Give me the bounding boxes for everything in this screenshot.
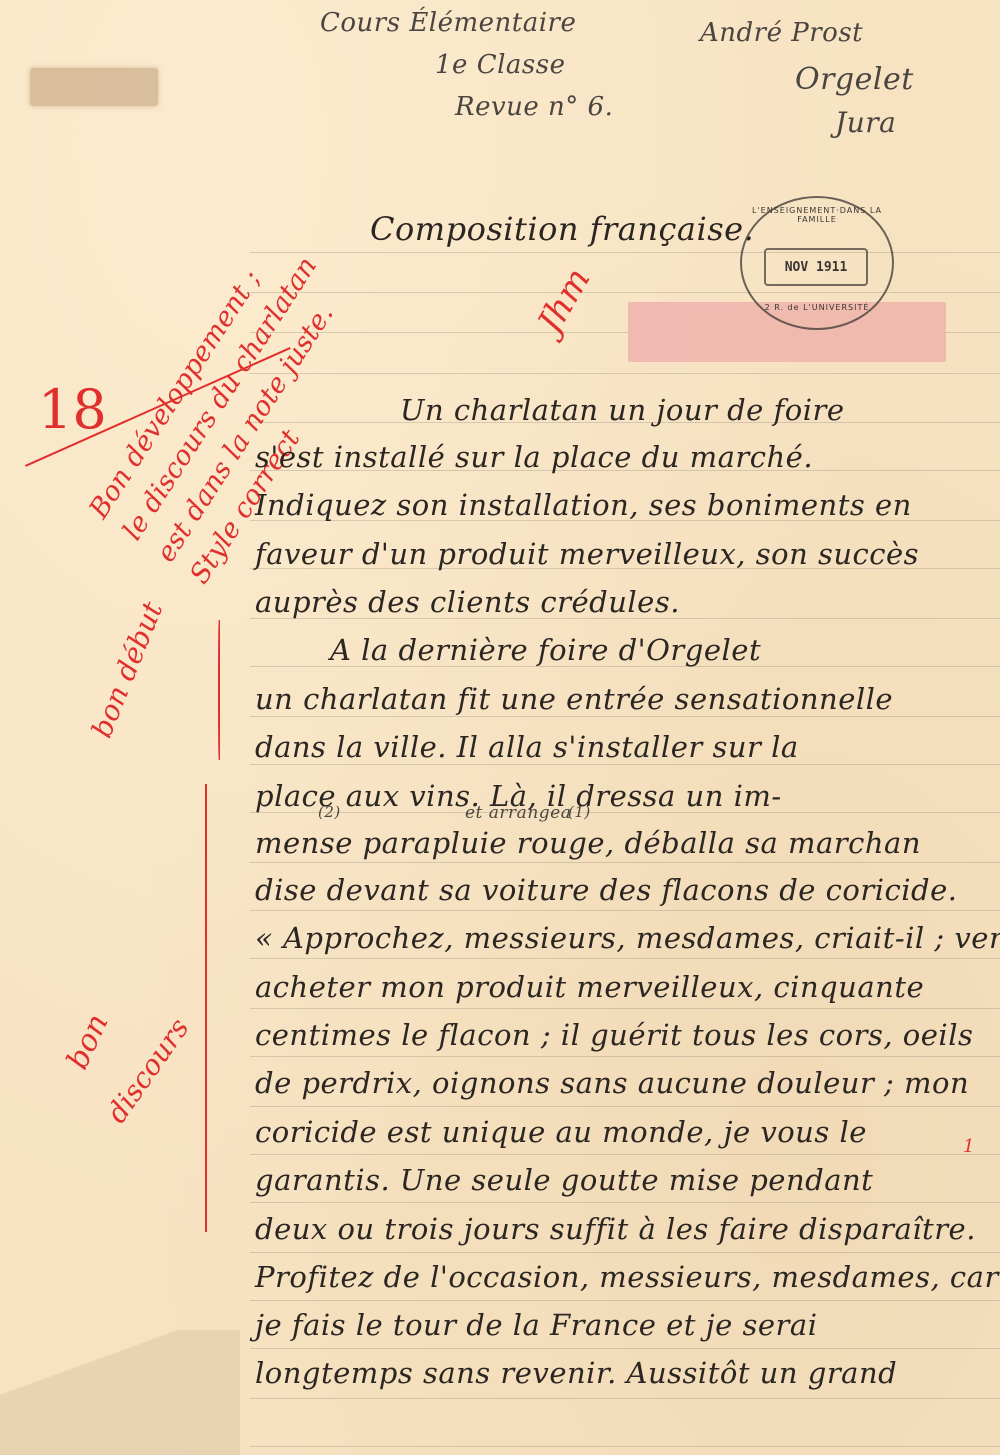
margin-comment-bon: bon [60, 1009, 116, 1075]
stamp-ring-bottom: 2 R. de L'UNIVERSITÉ [742, 303, 892, 312]
essay-line: deux ou trois jours suffit à les faire d… [255, 1212, 976, 1246]
ruled-line [250, 1008, 1000, 1009]
postmark-stamp: L'ENSEIGNEMENT·DANS LA FAMILLE NOV 1911 … [740, 196, 894, 330]
essay-line: garantis. Une seule goutte mise pendant [255, 1163, 873, 1197]
essay-line: longtemps sans revenir. Aussitôt un gran… [255, 1356, 897, 1390]
course-label: Cours Élémentaire [320, 8, 576, 38]
essay-line: dise devant sa voiture des flacons de co… [255, 873, 957, 907]
essay-line: je fais le tour de la France et je serai [255, 1308, 817, 1342]
town-label: Orgelet [795, 62, 914, 97]
ruled-line [250, 958, 1000, 959]
class-label: 1e Classe [435, 50, 565, 80]
student-name: André Prost [700, 18, 863, 48]
correction-insert: et arrangea [465, 803, 571, 823]
essay-line: centimes le flacon ; il guérit tous les … [255, 1018, 973, 1052]
grade: 18 [38, 378, 107, 441]
essay-line: de perdrix, oignons sans aucune douleur … [255, 1066, 969, 1100]
revue-label: Revue n° 6. [455, 92, 613, 122]
prompt-line: auprès des clients crédules. [255, 585, 680, 619]
prompt-line: s'est installé sur la place du marché. [255, 440, 813, 474]
margin-comment-discours: discours [100, 1012, 196, 1129]
essay-line: A la dernière foire d'Orgelet [330, 633, 761, 667]
prompt-line: faveur d'un produit merveilleux, son suc… [255, 537, 919, 571]
ruled-line [250, 1056, 1000, 1057]
page-title: Composition française. [370, 210, 754, 248]
correction-mark-2: (2) [318, 803, 341, 821]
margin-bracket [205, 784, 207, 1232]
ruled-line [250, 1154, 1000, 1155]
stamp-date: NOV 1911 [764, 248, 868, 286]
ruled-line [250, 1252, 1000, 1253]
essay-line: coricide est unique au monde, je vous le [255, 1115, 867, 1149]
page-fold-shadow [0, 1330, 240, 1455]
ruled-line [250, 1300, 1000, 1301]
essay-line: Profitez de l'occasion, messieurs, mesda… [255, 1260, 999, 1294]
prompt-line: Un charlatan un jour de foire [400, 393, 845, 427]
ruled-line [250, 1348, 1000, 1349]
department-label: Jura [835, 106, 896, 139]
ruled-line [250, 1446, 1000, 1447]
ruled-line [250, 910, 1000, 911]
ruled-line [250, 1106, 1000, 1107]
scanned-document-page: Cours Élémentaire 1e Classe Revue n° 6. … [0, 0, 1000, 1455]
stamp-ring-top: L'ENSEIGNEMENT·DANS LA FAMILLE [742, 206, 892, 224]
ruled-line [250, 716, 1000, 717]
ruled-line [250, 1202, 1000, 1203]
prompt-line: Indiquez son installation, ses boniments… [255, 488, 912, 522]
essay-line: dans la ville. Il alla s'installer sur l… [255, 730, 799, 764]
ruled-line [250, 1398, 1000, 1399]
ruled-line [250, 373, 1000, 374]
ruled-line [250, 292, 1000, 293]
ruled-line [250, 862, 1000, 863]
margin-comment-bon-debut: bon début [85, 597, 169, 742]
paper-stain [30, 68, 158, 106]
ruled-line [250, 764, 1000, 765]
essay-line: acheter mon produit merveilleux, cinquan… [255, 970, 924, 1004]
essay-line: un charlatan fit une entrée sensationnel… [255, 682, 893, 716]
correction-mark-1: (1) [568, 803, 591, 821]
essay-line: « Approchez, messieurs, mesdames, criait… [255, 921, 1000, 955]
margin-tick: 1 [963, 1136, 974, 1157]
essay-line: mense parapluie rouge, déballa sa marcha… [255, 826, 921, 860]
margin-bracket [218, 620, 220, 760]
teacher-signature: Jhm [530, 261, 599, 340]
